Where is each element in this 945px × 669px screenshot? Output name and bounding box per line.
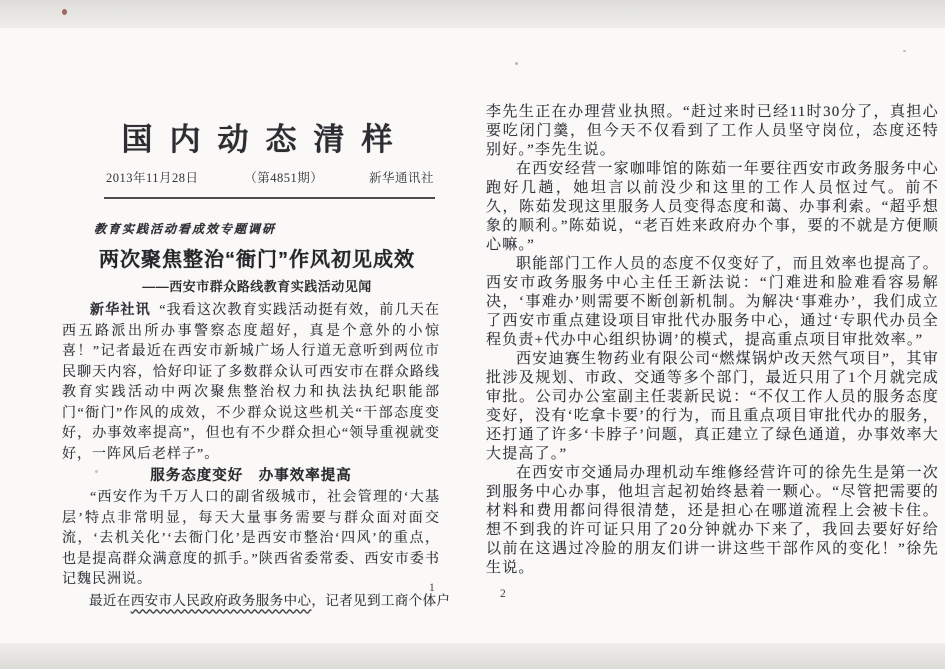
paragraph-2: “西安作为千万人口的副省级城市，社会管理的‘大基层’特点非常明显，每天大量事务需…	[62, 488, 440, 591]
right-body-column: 李先生正在办理营业执照。“赶过来时已经11时30分了，真担心要吃闭门羹，但今天不…	[486, 103, 939, 578]
issue-number: （第4851期）	[244, 168, 323, 186]
left-body-column: 新华社讯“我看这次教育实践活动挺有效，前几天在西五路派出所办事警察态度超好，真是…	[62, 301, 440, 611]
paragraph-3-rest: ，记者见到工商个体户	[311, 593, 450, 608]
series-kicker: 教育实践活动看成效专题调研	[94, 220, 276, 237]
masthead-meta: 2013年11月28日 （第4851期） 新华通讯社	[106, 168, 434, 186]
paragraph: 西安迪赛生物药业有限公司“燃煤锅炉改天然气项目”，其审批涉及规划、市政、交通等多…	[486, 350, 939, 464]
masthead-divider	[104, 197, 435, 199]
scan-edge-bottom	[0, 643, 945, 669]
paragraph-1-text: “我看这次教育实践活动挺有效，前几天在西五路派出所办事警察态度超好，真是个意外的…	[62, 303, 440, 462]
paragraph: 在西安经营一家咖啡馆的陈茹一年要往西安市政务服务中心跑好几趟，她坦言以前没少和这…	[486, 160, 939, 255]
wire-credit: 新华社讯	[90, 303, 151, 318]
scan-edge-top	[0, 0, 945, 28]
paragraph-3-lead: 最近在	[89, 593, 131, 608]
publication-title: 国内动态清样	[58, 114, 456, 159]
article-headline: 两次聚焦整治“衙门”作风初见成效	[58, 243, 456, 272]
scanned-document: 国内动态清样 2013年11月28日 （第4851期） 新华通讯社 教育实践活动…	[0, 0, 945, 669]
section-header: 服务态度变好 办事效率提高	[62, 466, 440, 487]
underlined-phrase: 西安市人民政府政务服务中心	[131, 593, 312, 608]
scan-speck	[515, 62, 518, 65]
paragraph-3: 最近在西安市人民政府政务服务中心，记者见到工商个体户	[62, 591, 440, 612]
paragraph-1: 新华社讯“我看这次教育实践活动挺有效，前几天在西五路派出所办事警察态度超好，真是…	[62, 301, 440, 465]
page-number-2: 2	[500, 588, 506, 600]
issue-date: 2013年11月28日	[106, 168, 199, 186]
paragraph: 职能部门工作人员的态度不仅变好了，而且效率也提高了。西安市政务服务中心主任王新法…	[486, 255, 939, 350]
paragraph: 在西安市交通局办理机动车维修经营许可的徐先生是第一次到服务中心办事，他坦言起初始…	[486, 464, 939, 578]
page-number-1: 1	[429, 582, 435, 594]
article-subtitle: ——西安市群众路线教育实践活动见闻	[58, 276, 456, 295]
news-agency: 新华通讯社	[369, 168, 434, 186]
scan-speck	[62, 9, 67, 15]
paragraph-continued: 李先生正在办理营业执照。“赶过来时已经11时30分了，真担心要吃闭门羹，但今天不…	[486, 103, 939, 160]
scan-speck	[903, 50, 906, 52]
